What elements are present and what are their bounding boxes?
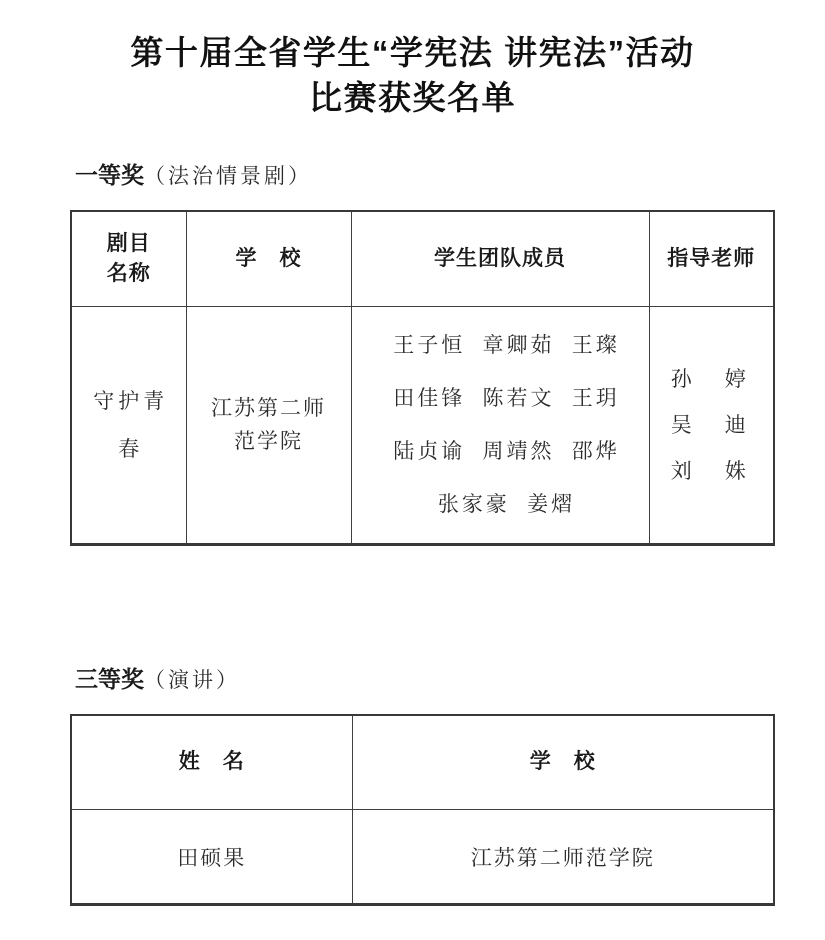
third-prize-award-name: 三等奖	[75, 666, 144, 692]
first-prize-table: 剧目 名称 学 校 学生团队成员 指导老师 守护青春 江苏第二师 范学院 王子恒…	[70, 210, 775, 546]
cell-winner-name: 田硕果	[71, 810, 352, 905]
column-header-team-members: 学生团队成员	[351, 211, 649, 306]
document-title: 第十届全省学生“学宪法 讲宪法”活动 比赛获奖名单	[0, 30, 825, 120]
column-header-school: 学 校	[352, 715, 774, 810]
column-header-name: 姓 名	[71, 715, 352, 810]
cell-team-members: 王子恒 章卿茹 王璨 田佳锋 陈若文 王玥 陆贞谕 周靖然 邵烨 张家豪 姜熠	[351, 306, 649, 544]
first-prize-award-name: 一等奖	[75, 162, 144, 188]
third-prize-award-category: （演讲）	[144, 668, 240, 692]
first-prize-award-category: （法治情景剧）	[144, 164, 312, 188]
cell-school: 江苏第二师 范学院	[186, 306, 351, 544]
cell-play-title: 守护青春	[71, 306, 186, 544]
column-header-play-title: 剧目 名称	[71, 211, 186, 306]
column-header-advisors: 指导老师	[649, 211, 774, 306]
cell-advisors: 孙 婷 吴 迪 刘 姝	[649, 306, 774, 544]
first-prize-table-row: 守护青春 江苏第二师 范学院 王子恒 章卿茹 王璨 田佳锋 陈若文 王玥 陆贞谕…	[71, 306, 774, 544]
third-prize-table-header-row: 姓 名 学 校	[71, 715, 774, 810]
third-prize-table-row: 田硕果 江苏第二师范学院	[71, 810, 774, 905]
section-third-prize-label: 三等奖（演讲）	[75, 664, 825, 698]
column-header-school: 学 校	[186, 211, 351, 306]
document-page: 第十届全省学生“学宪法 讲宪法”活动 比赛获奖名单 一等奖（法治情景剧） 剧目 …	[0, 0, 825, 940]
cell-school: 江苏第二师范学院	[352, 810, 774, 905]
section-first-prize-label: 一等奖（法治情景剧）	[75, 160, 825, 194]
first-prize-table-header-row: 剧目 名称 学 校 学生团队成员 指导老师	[71, 211, 774, 306]
third-prize-table: 姓 名 学 校 田硕果 江苏第二师范学院	[70, 714, 775, 907]
